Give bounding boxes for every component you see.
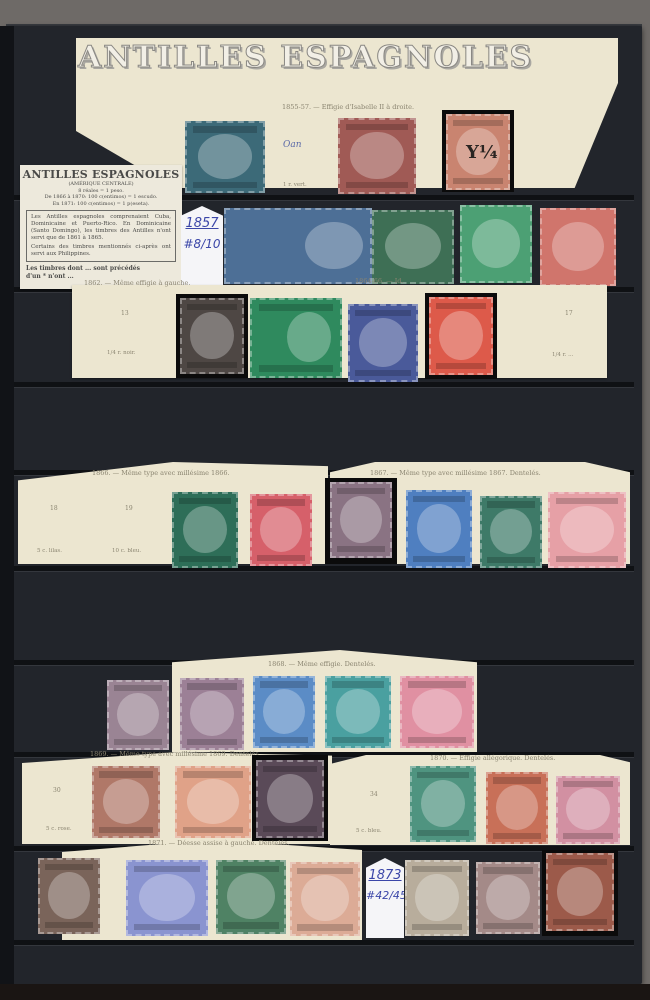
stamp [224,208,372,284]
cell-value: 5 c. rose. [46,826,72,832]
stamp [548,492,626,568]
stamp [556,776,620,844]
table-surface [0,984,650,1000]
cell-value: 1/4 r. ... [552,352,573,358]
row-caption: 1869. — Même type avec millésime 1869. D… [90,750,261,758]
stamp [372,210,454,284]
cell-value: 1 r. vert. [283,182,307,188]
cell-number: 19 [125,505,133,512]
info-paragraph: Les Antilles espagnoles comprenaient Cub… [31,214,171,242]
stamp [126,860,208,936]
stamp [540,208,616,286]
overprint-text: Y¼ [466,142,498,163]
stamp [546,853,614,931]
stamp [38,858,100,934]
stamp [256,760,324,838]
stamp [180,298,244,374]
stamp [410,766,476,842]
annotation-year: 1857 [181,216,223,231]
stamp [250,494,312,566]
stamp [338,118,416,194]
row-caption: 1867. — Même type avec millésime 1867. D… [370,469,541,477]
info-card: ANTILLES ESPAGNOLES (AMÉRIQUE CENTRALE) … [20,165,182,289]
stamp [325,676,391,748]
annotation-year: 1873 [366,868,404,883]
info-paragraph: Certains des timbres mentionnés ci-après… [31,244,171,258]
album-spine [0,26,14,984]
stamp [460,205,532,283]
stamp [480,496,542,568]
cell-number: 30 [53,787,61,794]
stockbook-strip [14,382,634,387]
stamp [92,766,160,838]
annotation-tag: 1857 #8/10 [181,206,223,286]
info-footer: Les timbres dont ... sont précédés [20,265,182,273]
stamp [290,862,360,936]
annotation-numbers: #8/10 [181,237,223,251]
cell-number: 18 [50,505,58,512]
currency-line: En 1871: 100 c(entimos) = 1 p(eseta). [20,201,182,208]
stamp [253,676,315,748]
stamp [216,860,286,934]
stamp [348,304,418,382]
row-caption: 1855-57. — Effigie d'Isabelle II à droit… [282,103,414,111]
stamp [330,482,392,558]
annotation-numbers: #42/45 [366,889,404,902]
cell-number: 13 [121,310,129,317]
stamp [486,772,548,844]
stamp [172,492,238,568]
page-title: ANTILLES ESPAGNOLES [78,40,533,75]
stamp [429,297,493,375]
row-caption: 1870. — Effigie allégorique. Dentelés. [430,754,555,762]
pencil-note: Oan [283,140,302,150]
info-box: Les Antilles espagnoles comprenaient Cub… [26,210,176,262]
info-heading: ANTILLES ESPAGNOLES [20,168,182,181]
stamp [175,766,251,838]
row-caption: 1864-66. — Id. [355,277,404,285]
annotation-tag: 1873 #42/45 [366,858,404,938]
cell-value: 5 c. lilas. [37,548,62,554]
stamp [107,680,169,750]
stamp [400,676,474,748]
stamp: Y¼ [446,114,510,190]
cell-value: 1/4 r. noir. [107,350,136,356]
stockbook-strip [14,940,634,945]
cell-value: 10 c. bleu. [112,548,141,554]
cell-number: 17 [565,310,573,317]
stamp [405,860,469,936]
row-caption: 1868. — Même effigie. Dentelés. [268,660,376,668]
stamp [406,490,472,568]
stamp [180,678,244,750]
stamp [476,862,540,934]
stamp [250,298,342,378]
cell-number: 34 [370,791,378,798]
row-caption: 1862. — Même effigie à gauche. [84,279,190,287]
row-caption: 1866. — Même type avec millésime 1866. [92,469,230,477]
row-caption: 1871. — Déesse assise à gauche. Dentelés… [148,839,290,847]
stamp [185,121,265,193]
cell-value: 5 c. bleu. [356,828,382,834]
